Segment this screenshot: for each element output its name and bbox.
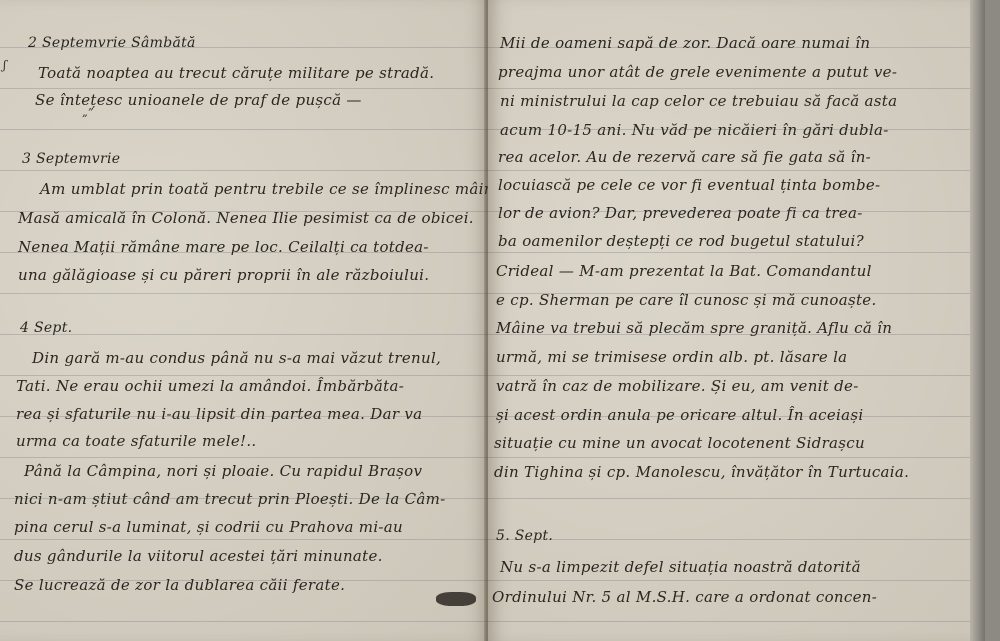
page-edge xyxy=(970,0,985,641)
diary-line: Se lucrează de zor la dublarea căii fera… xyxy=(14,576,345,594)
diary-line: Nu s-a limpezit defel situația noastră d… xyxy=(500,558,861,576)
diary-line: Mii de oameni sapă de zor. Dacă oare num… xyxy=(500,34,870,52)
diary-line: Crideal — M-am prezentat la Bat. Comanda… xyxy=(496,262,872,280)
right-page: Mii de oameni sapă de zor. Dacă oare num… xyxy=(488,0,985,641)
diary-line: Mâine va trebui să plecăm spre graniță. … xyxy=(496,319,892,337)
entry-date: 2 Septemvrie Sâmbătă xyxy=(28,35,196,51)
diary-line: dus gândurile la viitorul acestei țări m… xyxy=(14,547,383,565)
diary-line: lor de avion? Dar, prevederea poate fi c… xyxy=(498,204,863,222)
diary-line: nici n-am știut când am trecut prin Ploe… xyxy=(14,490,446,508)
diary-line: Nenea Mații rămâne mare pe loc. Ceilalți… xyxy=(18,238,429,256)
diary-line: ba oamenilor deștepți ce rod bugetul sta… xyxy=(498,232,864,250)
entry-date: 5. Sept. xyxy=(496,528,553,544)
ditto-mark: „” xyxy=(82,106,94,119)
diary-line: una gălăgioase și cu păreri proprii în a… xyxy=(18,266,429,284)
diary-line: Masă amicală în Colonă. Nenea Ilie pesim… xyxy=(18,209,474,227)
diary-line: Din gară m-au condus până nu s-a mai văz… xyxy=(32,349,441,367)
diary-line: Ordinului Nr. 5 al M.S.H. care a ordonat… xyxy=(492,588,877,606)
entry-date: 4 Sept. xyxy=(20,320,72,336)
diary-line: vatră în caz de mobilizare. Și eu, am ve… xyxy=(496,377,859,395)
ink-blot xyxy=(436,592,476,606)
margin-mark: ʃ xyxy=(3,58,6,72)
diary-line: acum 10-15 ani. Nu văd pe nicăieri în gă… xyxy=(500,121,889,139)
diary-line: și acest ordin anula pe oricare altul. Î… xyxy=(496,406,863,424)
diary-line: rea și sfaturile nu i-au lipsit din part… xyxy=(16,405,422,423)
diary-line: Am umblat prin toată pentru trebile ce s… xyxy=(40,180,503,198)
notebook-spread: ʃ 2 Septemvrie Sâmbătă Toată noaptea au … xyxy=(0,0,1000,641)
diary-line: preajma unor atât de grele evenimente a … xyxy=(498,63,897,81)
diary-line: situație cu mine un avocat locotenent Si… xyxy=(494,434,865,452)
diary-line: urmă, mi se trimisese ordin alb. pt. lăs… xyxy=(496,348,847,366)
diary-line: pina cerul s-a luminat, și codrii cu Pra… xyxy=(14,518,403,536)
diary-line: din Tighina și cp. Manolescu, învățător … xyxy=(494,463,909,481)
diary-line: Până la Câmpina, nori și ploaie. Cu rapi… xyxy=(24,462,422,480)
diary-line: locuiască pe cele ce vor fi eventual țin… xyxy=(498,176,880,194)
diary-line: ni ministrului la cap celor ce trebuiau … xyxy=(500,92,897,110)
diary-line: rea acelor. Au de rezervă care să fie ga… xyxy=(498,148,871,166)
diary-line: urma ca toate sfaturile mele!.. xyxy=(16,432,256,450)
diary-line: Toată noaptea au trecut căruțe militare … xyxy=(38,64,434,82)
left-page: ʃ 2 Septemvrie Sâmbătă Toată noaptea au … xyxy=(0,0,488,641)
diary-line: e cp. Sherman pe care îl cunosc și mă cu… xyxy=(496,291,877,309)
diary-line: Tati. Ne erau ochii umezi la amândoi. Îm… xyxy=(16,377,404,395)
entry-date: 3 Septemvrie xyxy=(22,151,120,167)
